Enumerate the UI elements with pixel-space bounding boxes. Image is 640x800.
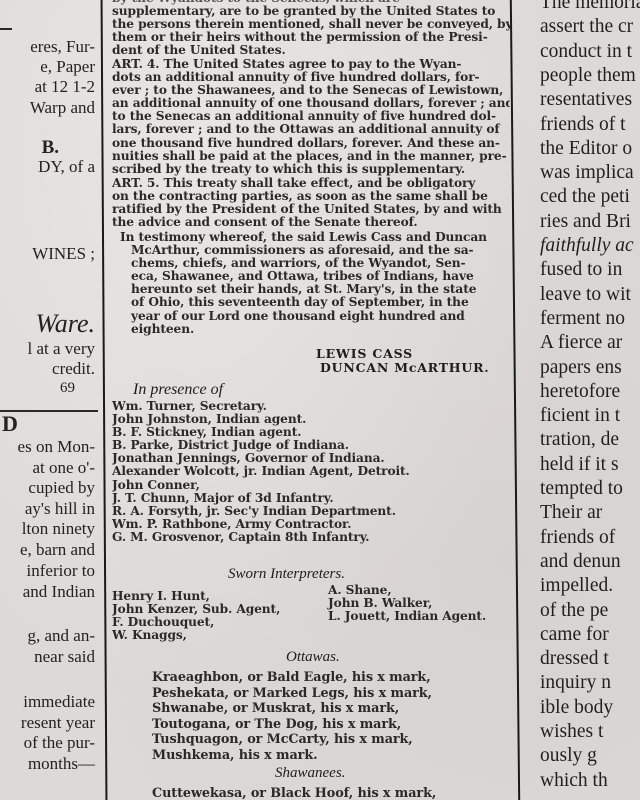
ad-divider: [0, 28, 12, 30]
text-line: eighteen.: [131, 323, 510, 336]
ad-text-line: es on Mon-: [18, 437, 95, 457]
article-text-line: tempted to: [540, 478, 623, 500]
ad-text-line: eres, Fur-: [30, 37, 95, 57]
article-text-line: inquiry n: [540, 672, 611, 694]
article-text-line: faithfully ac: [540, 235, 634, 257]
article-text-line: ced the peti: [540, 186, 630, 208]
article-text-line: fused to in: [540, 259, 622, 281]
ad-text-line: at 12 1-2: [35, 77, 95, 97]
ad-text-line: D: [2, 411, 18, 437]
text-line: year of our Lord one thousand eight hund…: [131, 310, 510, 323]
interpreters-left: Henry I. Hunt, John Kenzer, Sub. Agent, …: [112, 590, 322, 642]
ad-text-line: lton ninety: [22, 519, 95, 539]
treaty-article: by the Wyandots to the Senecas, which ar…: [112, 0, 510, 800]
text-line: the advice and consent of the Senate the…: [112, 216, 510, 229]
interpreters-right: A. Shane, John B. Walker, L. Jouett, Ind…: [328, 584, 510, 623]
article-text-line: the Editor o: [540, 138, 632, 160]
interpreter: L. Jouett, Indian Agent.: [328, 610, 510, 623]
treaty-paragraph-a: supplementary, are to be granted by the …: [112, 5, 510, 57]
article-text-line: resentatives: [540, 89, 632, 111]
ad-text-line: ay's hill in: [25, 499, 95, 519]
interpreter: W. Knaggs,: [112, 629, 322, 642]
ad-text-line: Warp and: [30, 98, 95, 118]
signature-lewis-cass: LEWIS CASS: [316, 346, 413, 361]
ad-text-line: l at a very: [28, 339, 96, 359]
article-text-line: ficient in t: [540, 405, 620, 427]
article-text-line: tration, de: [540, 429, 619, 451]
right-column-article: The memoriaassert the crconduct in tpeop…: [520, 0, 640, 800]
ad-divider: [0, 410, 98, 412]
ad-text-line: inferior to: [27, 561, 95, 581]
signature-duncan-mcarthur: DUNCAN McARTHUR.: [320, 360, 489, 375]
ad-text-line: months—: [28, 754, 95, 774]
text-line: dent of the United States.: [112, 44, 510, 57]
ad-text-line: at one o'-: [32, 458, 95, 478]
ad-text-line: Ware.: [36, 309, 95, 339]
ad-text-line: 69: [60, 380, 75, 397]
signer: Toutogana, or The Dog, his x mark,: [152, 717, 510, 733]
witness: R. A. Forsyth, jr. Sec'y Indian Departme…: [112, 505, 510, 518]
article-text-line: and denun: [540, 551, 621, 573]
signer: Tushquagon, or McCarty, his x mark,: [152, 732, 510, 748]
article-text-line: held if it s: [540, 454, 619, 476]
article-text-line: papers ens: [540, 357, 622, 379]
signer: Shwanabe, or Muskrat, his x mark,: [152, 701, 510, 717]
ad-text-line: credit.: [52, 359, 95, 379]
ad-text-line: WINES ;: [32, 244, 95, 264]
signer: Kraeaghbon, or Bald Eagle, his x mark,: [152, 670, 510, 686]
article-text-line: which th: [540, 770, 608, 792]
text-line: one thousand five hundred dollars, forev…: [112, 137, 510, 150]
article-5: ART. 5. This treaty shall take effect, a…: [112, 177, 510, 229]
article-text-line: impelled.: [540, 575, 613, 597]
in-presence-heading: In presence of: [133, 381, 223, 399]
witness: J. T. Chunn, Major of 3d Infantry.: [112, 492, 510, 505]
ad-text-line: DY, of a: [38, 157, 95, 177]
article-text-line: conduct in t: [540, 41, 632, 63]
article-4: ART. 4. The United States agree to pay t…: [112, 58, 510, 176]
newspaper-page: eres, Fur-e, Paperat 12 1-2Warp andB.DY,…: [0, 0, 640, 800]
witness: G. M. Grosvenor, Captain 8th Infantry.: [112, 531, 510, 544]
article-text-line: friends of t: [540, 114, 626, 136]
article-text-line: came for: [540, 624, 609, 646]
article-text-line: ries and Bri: [540, 211, 631, 233]
ottawas-list: Kraeaghbon, or Bald Eagle, his x mark, P…: [152, 670, 510, 764]
article-text-line: dressed t: [540, 648, 609, 670]
shawanees-heading: Shawanees.: [275, 765, 345, 782]
ad-text-line: g, and an-: [27, 626, 95, 646]
signer: Mushkema, his x mark.: [152, 748, 510, 764]
article-text-line: people them: [540, 65, 636, 87]
article-text-line: ible body: [540, 697, 613, 719]
column-rule-left: [101, 0, 108, 800]
witness-list: Wm. Turner, Secretary. John Johnston, In…: [112, 400, 510, 544]
article-text-line: wishes t: [540, 721, 603, 743]
text-line: of Ohio, this seventeenth day of Septemb…: [131, 296, 510, 309]
article-text-line: A fierce ar: [540, 332, 622, 354]
text-line: nuities shall be paid at the places, and…: [112, 150, 510, 163]
ad-text-line: e, Paper: [40, 57, 95, 77]
shawanees-list: Cuttewekasa, or Black Hoof, his x mark,: [152, 787, 510, 800]
article-text-line: ously g: [540, 745, 597, 767]
signer: Cuttewekasa, or Black Hoof, his x mark,: [152, 787, 510, 800]
article-text-line: was implica: [540, 162, 634, 184]
text-line: lars, forever ; and to the Ottawas an ad…: [112, 123, 510, 136]
ad-text-line: near said: [34, 647, 95, 667]
signer: Peshekata, or Marked Legs, his x mark,: [152, 686, 510, 702]
ad-text-line: and Indian: [23, 582, 95, 602]
article-text-line: of the pe: [540, 600, 608, 622]
ad-text-line: resent year: [21, 713, 95, 733]
column-rule-right: [510, 0, 520, 800]
sworn-interpreters-heading: Sworn Interpreters.: [228, 566, 345, 583]
witness: John Conner,: [112, 479, 510, 492]
ad-text-line: immediate: [23, 692, 95, 712]
ad-text-line: e, barn and: [20, 540, 95, 560]
article-text-line: friends of: [540, 527, 615, 549]
witness: Wm. P. Rathbone, Army Contractor.: [112, 518, 510, 531]
left-column-advertisements: eres, Fur-e, Paperat 12 1-2Warp andB.DY,…: [0, 0, 101, 800]
ottawas-heading: Ottawas.: [286, 649, 340, 666]
article-text-line: assert the cr: [540, 16, 633, 38]
article-text-line: heretofore: [540, 381, 620, 403]
ad-text-line: of the pur-: [24, 733, 95, 753]
article-text-line: Their ar: [540, 502, 602, 524]
witness: Alexander Wolcott, jr. Indian Agent, Det…: [112, 465, 510, 478]
testimony-paragraph: In testimony whereof, the said Lewis Cas…: [120, 231, 510, 336]
ad-text-line: B.: [42, 137, 59, 159]
article-text-line: ferment no: [540, 308, 625, 330]
ad-text-line: cupied by: [28, 478, 95, 498]
text-line: scribed by the treaty to which this is s…: [112, 163, 510, 176]
article-text-line: The memoria: [540, 0, 640, 14]
article-text-line: leave to wit: [540, 284, 631, 306]
